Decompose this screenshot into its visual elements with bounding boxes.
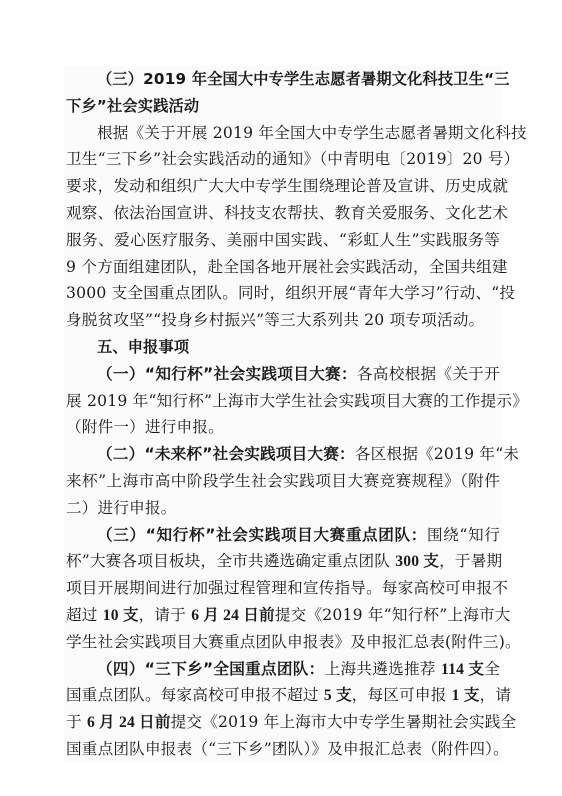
item-3-text: ，请于 (139, 606, 192, 624)
section-title-line-2: 下乡”社会实践活动 (66, 93, 500, 120)
paragraph-line: 卫生“三下乡”社会实践活动的通知》（中青明电〔2019〕20 号） (66, 146, 500, 173)
document-page: （三）2019 年全国大中专学生志愿者暑期文化科技卫生“三 下乡”社会实践活动 … (0, 0, 562, 796)
page-number: 6 (0, 740, 562, 750)
item-1-line-1: （一）“知行杯”社会实践项目大赛：各高校根据《关于开 (66, 361, 500, 388)
item-3-limit: 10 支 (103, 607, 139, 624)
item-4-text: ，请 (480, 686, 512, 704)
item-4-school-limit: 5 支 (324, 687, 352, 704)
paragraph-line: 要求，发动和组织广大大中专学生围绕理论普及宣讲、历史成就 (66, 173, 500, 200)
item-1-line-2: 展 2019 年“知行杯”上海市大学生社会实践项目大赛的工作提示》 (66, 388, 500, 415)
item-3-line-3: 项目开展期间进行加强过程管理和宣传指导。每家高校可申报不 (66, 575, 500, 602)
item-4-text: ，每区可申报 (352, 686, 452, 704)
item-2-line-1: （二）“未来杯”社会实践项目大赛：各区根据《2019 年“未 (66, 441, 500, 468)
item-3-text: 超过 (66, 606, 103, 624)
item-4-text: 提交《2019 年上海市大中专学生暑期社会实践全 (171, 713, 517, 731)
item-3-line-2: 杯”大赛各项目板块，全市共遴选确定重点团队 300 支，于暑期 (66, 548, 500, 575)
item-4-district-limit: 1 支 (452, 687, 480, 704)
paragraph-line: 根据《关于开展 2019 年全国大中专学生志愿者暑期文化科技 (66, 120, 500, 147)
item-3-line-1: （三）“知行杯”社会实践项目大赛重点团队：围绕“知行 (66, 522, 500, 549)
paragraph-line: 观察、依法治国宣讲、科技支农帮扶、教育关爱服务、文化艺术 (66, 200, 500, 227)
item-3-text: 围绕“知行 (427, 526, 500, 544)
item-4-line-3: 于 6 月 24 日前提交《2019 年上海市大中专学生暑期社会实践全 (66, 709, 500, 736)
item-4-text: 国重点团队。每家高校可申报不超过 (66, 686, 324, 704)
paragraph-line: 9 个方面组建团队，赴全国各地开展社会实践活动，全国共组建 (66, 254, 500, 281)
item-3-line-4: 超过 10 支，请于 6 月 24 日前提交《2019 年“知行杯”上海市大 (66, 602, 500, 629)
item-4-line-1: （四）“三下乡”全国重点团队：上海共遴选推荐 114 支全 (66, 656, 500, 683)
item-3-text: 杯”大赛各项目板块，全市共遴选确定重点团队 (66, 552, 395, 570)
section-heading: 五、申报事项 (66, 334, 500, 361)
item-4-deadline: 6 月 24 日前 (87, 714, 171, 731)
item-4-line-2: 国重点团队。每家高校可申报不超过 5 支，每区可申报 1 支，请 (66, 682, 500, 709)
item-3-deadline: 6 月 24 日前 (191, 607, 275, 624)
item-2-label: （二）“未来杯”社会实践项目大赛： (97, 445, 355, 463)
item-4-team-count: 114 支 (441, 661, 484, 678)
item-3-line-5: 学生社会实践项目大赛重点团队申报表》及申报汇总表(附件三)。 (66, 629, 500, 656)
item-1-label: （一）“知行杯”社会实践项目大赛： (97, 365, 357, 383)
paragraph-line: 服务、爱心医疗服务、美丽中国实践、“彩虹人生”实践服务等 (66, 227, 500, 254)
document-body: （三）2019 年全国大中专学生志愿者暑期文化科技卫生“三 下乡”社会实践活动 … (64, 66, 502, 763)
item-4-label: （四）“三下乡”全国重点团队： (97, 660, 325, 678)
item-1-text: 各高校根据《关于开 (357, 365, 500, 383)
item-3-label: （三）“知行杯”社会实践项目大赛重点团队： (97, 526, 427, 544)
item-4-text: 于 (66, 713, 87, 731)
section-title-line-1: （三）2019 年全国大中专学生志愿者暑期文化科技卫生“三 (66, 66, 500, 93)
item-3-text: ，于暑期 (439, 552, 502, 570)
item-2-line-3: 二）进行申报。 (66, 495, 500, 522)
paragraph-line: 身脱贫攻坚”“投身乡村振兴”等三大系列共 20 项专项活动。 (66, 307, 500, 334)
item-1-line-3: （附件一）进行申报。 (66, 414, 500, 441)
item-2-line-2: 来杯”上海市高中阶段学生社会实践项目大赛竞赛规程》（附件 (66, 468, 500, 495)
item-3-team-count: 300 支 (395, 553, 439, 570)
item-2-text: 各区根据《2019 年“未 (355, 445, 519, 463)
item-4-text: 上海共遴选推荐 (325, 660, 441, 678)
item-4-text: 全 (484, 660, 500, 678)
paragraph-line: 3000 支全国重点团队。同时，组织开展“青年大学习”行动、“投 (66, 280, 500, 307)
item-3-text: 提交《2019 年“知行杯”上海市大 (275, 606, 511, 624)
